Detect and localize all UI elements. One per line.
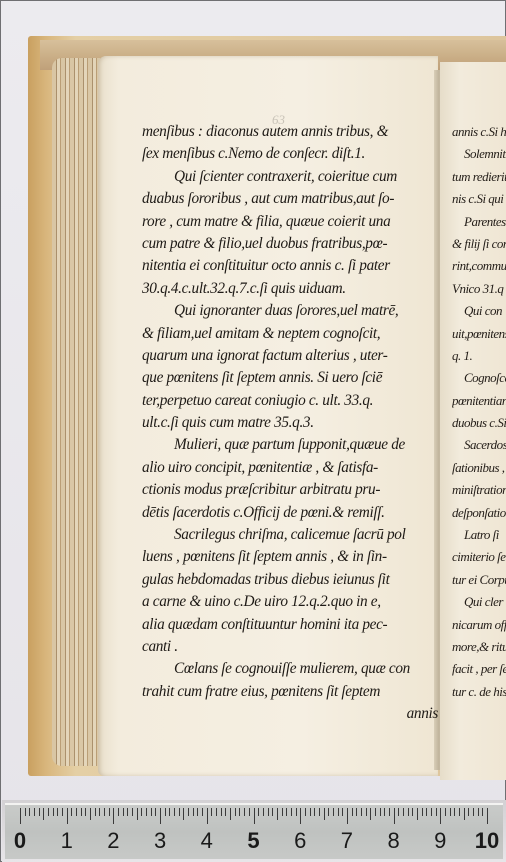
- text-line: Qui ſcienter contraxerit, coieritue cum: [142, 166, 438, 188]
- text-line: dētis ſacerdotis c.Officij de pœni.& rem…: [142, 502, 438, 524]
- text-line: luens , pœnitens ſit ſeptem annis , & in…: [142, 546, 438, 568]
- ruler-tick: [487, 808, 488, 824]
- ruler-tick: [417, 808, 418, 820]
- ruler-tick: [375, 808, 376, 816]
- text-line: nitentia ei conſtituitur octo annis c. ſ…: [142, 255, 438, 277]
- ruler-label: 5: [247, 828, 259, 854]
- text-line: annis c.Si hom: [452, 121, 506, 143]
- text-line: facit , per ſe: [452, 658, 506, 680]
- ruler-tick: [146, 808, 147, 816]
- text-line: tur c. de his: [452, 681, 506, 703]
- ruler-tick: [202, 808, 203, 816]
- ruler-label: 7: [341, 828, 353, 854]
- text-line: Cœlans ſe cognouiſſe mulierem, quæ con: [142, 658, 438, 680]
- text-line: ſex menſibus c.Nemo de conſecr. diſt.1.: [142, 143, 438, 165]
- ruler-tick: [394, 808, 395, 824]
- ruler-tick: [155, 808, 156, 816]
- text-line: que pœnitens ſit ſeptem annis. Si uero ſ…: [142, 367, 438, 389]
- ruler-tick: [347, 808, 348, 824]
- ruler-tick: [216, 808, 217, 816]
- centimeter-ruler: 012345678910: [5, 803, 503, 859]
- ruler-tick: [342, 808, 343, 816]
- ruler-tick: [403, 808, 404, 816]
- ruler-label: 0: [14, 828, 26, 854]
- ruler-tick: [254, 808, 255, 824]
- ruler-tick: [384, 808, 385, 816]
- text-line: nicarum offi: [452, 614, 506, 636]
- ruler-tick: [197, 808, 198, 816]
- ruler-tick: [328, 808, 329, 816]
- ruler-tick: [118, 808, 119, 816]
- ruler-tick: [137, 808, 138, 820]
- ruler-tick: [286, 808, 287, 816]
- ruler-label: 6: [294, 828, 306, 854]
- ruler-tick: [76, 808, 77, 816]
- ruler-tick: [412, 808, 413, 816]
- ruler-tick: [436, 808, 437, 816]
- text-line: quarum una ignorat factum alterius , ute…: [142, 345, 438, 367]
- ruler-tick: [314, 808, 315, 816]
- ruler-tick: [459, 808, 460, 816]
- ruler-tick: [221, 808, 222, 816]
- text-line: Qui ignoranter duas ſorores,uel matrē,: [142, 300, 438, 322]
- text-line: q. 1.: [452, 345, 506, 367]
- text-line: Sacerdos.: [452, 434, 506, 456]
- ruler-tick: [310, 808, 311, 816]
- text-line: Sacrilegus chriſma, calicemue ſacrū pol: [142, 524, 438, 546]
- text-line: & filiam,uel amitam & neptem cognoſcit,: [142, 323, 438, 345]
- ruler-tick: [90, 808, 91, 820]
- ruler-tick: [20, 808, 21, 824]
- text-line: Mulieri, quæ partum ſupponit,quæue de: [142, 434, 438, 456]
- ruler-tick: [263, 808, 264, 816]
- ruler-tick: [132, 808, 133, 816]
- ruler-tick: [25, 808, 26, 816]
- ruler-tick: [408, 808, 409, 816]
- ruler-tick: [333, 808, 334, 816]
- ruler-tick: [95, 808, 96, 816]
- ruler-tick: [169, 808, 170, 816]
- ruler-tick: [249, 808, 250, 816]
- text-line: menſibus : diaconus autem annis tribus, …: [142, 121, 438, 143]
- text-line: gulas hebdomadas tribus diebus ieiunus ſ…: [142, 569, 438, 591]
- ruler-tick: [57, 808, 58, 816]
- ruler-tick: [431, 808, 432, 816]
- ruler-tick: [53, 808, 54, 816]
- ruler-tick: [272, 808, 273, 816]
- ruler-tick: [29, 808, 30, 816]
- right-page-text-fragment: annis c.Si homSolemnittum redieritnis c.…: [452, 121, 506, 703]
- text-line: uit,pœnitens: [452, 323, 506, 345]
- ruler-tick: [165, 808, 166, 816]
- ruler-label: 2: [107, 828, 119, 854]
- ruler-label: 4: [201, 828, 213, 854]
- text-line: tur ei Corpu: [452, 569, 506, 591]
- ruler-tick: [426, 808, 427, 816]
- ruler-label: 8: [387, 828, 399, 854]
- ruler-tick: [361, 808, 362, 816]
- ruler-tick: [454, 808, 455, 816]
- ruler-tick: [277, 808, 278, 820]
- text-line: Parentes.: [452, 211, 506, 233]
- text-line: Cognoſce: [452, 367, 506, 389]
- ruler-tick: [291, 808, 292, 816]
- text-line: alio uiro concipit, pœnitentiæ , & ſatis…: [142, 457, 438, 479]
- text-line: a carne & uino c.De uiro 12.q.2.quo in e…: [142, 591, 438, 613]
- ruler-tick: [67, 808, 68, 824]
- ruler-tick: [440, 808, 441, 824]
- ruler-tick: [99, 808, 100, 816]
- text-line: Latro ſi: [452, 524, 506, 546]
- left-page-text: menſibus : diaconus autem annis tribus, …: [142, 121, 438, 726]
- text-line: cum patre & filio,uel duobus fratribus,p…: [142, 233, 438, 255]
- ruler-tick: [48, 808, 49, 816]
- page-edges-stack: [52, 58, 100, 766]
- ruler-tick: [268, 808, 269, 816]
- ruler-tick: [113, 808, 114, 824]
- text-line: trahit cum fratre eius, pœnitens ſit ſep…: [142, 681, 438, 703]
- ruler-tick: [141, 808, 142, 816]
- ruler-tick: [324, 808, 325, 820]
- ruler-tick: [183, 808, 184, 820]
- ruler-tick: [123, 808, 124, 816]
- ruler-tick: [319, 808, 320, 816]
- ruler-tick: [478, 808, 479, 816]
- ruler-tick: [85, 808, 86, 816]
- ruler-tick: [305, 808, 306, 816]
- ruler-tick: [282, 808, 283, 816]
- ruler-tick: [244, 808, 245, 816]
- ruler-tick: [160, 808, 161, 824]
- ruler-tick: [356, 808, 357, 816]
- ruler-tick: [81, 808, 82, 816]
- ruler-tick: [174, 808, 175, 816]
- text-line: miniſtration: [452, 479, 506, 501]
- text-line: & filij ſi con: [452, 233, 506, 255]
- text-line: ult.c.ſi quis cum matre 35.q.3.: [142, 412, 438, 434]
- ruler-tick: [300, 808, 301, 824]
- ruler-tick: [34, 808, 35, 816]
- text-line: deſponſation: [452, 502, 506, 524]
- text-line: pœnitentian: [452, 390, 506, 412]
- ruler-tick: [43, 808, 44, 820]
- ruler-tick: [235, 808, 236, 816]
- text-line: tum redierit: [452, 166, 506, 188]
- text-line: cimiterio ſe: [452, 546, 506, 568]
- text-line: nis c.Si qui u: [452, 188, 506, 210]
- ruler-label: 1: [61, 828, 73, 854]
- text-line: 30.q.4.c.ult.32.q.7.c.ſi quis uiduam.: [142, 278, 438, 300]
- ruler-tick: [380, 808, 381, 816]
- text-line: duabus ſororibus , aut cum matribus,aut …: [142, 188, 438, 210]
- ruler-tick: [225, 808, 226, 816]
- ruler-tick: [109, 808, 110, 816]
- ruler-tick: [211, 808, 212, 816]
- text-line: Solemnit: [452, 143, 506, 165]
- ruler-tick: [445, 808, 446, 816]
- ruler-tick: [258, 808, 259, 816]
- text-line: annis: [142, 703, 438, 725]
- ruler-tick: [422, 808, 423, 816]
- ruler-label: 9: [434, 828, 446, 854]
- text-line: rore , cum matre & filia, quæue coierit …: [142, 211, 438, 233]
- text-line: Qui con: [452, 300, 506, 322]
- ruler-tick: [39, 808, 40, 816]
- ruler-tick: [482, 808, 483, 816]
- ruler-tick: [207, 808, 208, 824]
- ruler-tick: [71, 808, 72, 816]
- text-line: more,& ritu: [452, 636, 506, 658]
- ruler-tick: [450, 808, 451, 816]
- ruler-tick: [239, 808, 240, 816]
- text-line: canti .: [142, 636, 438, 658]
- ruler-tick: [188, 808, 189, 816]
- text-line: duobus c.Si: [452, 412, 506, 434]
- text-line: rint,commun: [452, 255, 506, 277]
- text-line: ctionis modus præſcribitur arbitratu pru…: [142, 479, 438, 501]
- ruler-label: 10: [475, 828, 499, 854]
- ruler-tick: [370, 808, 371, 820]
- ruler-tick: [398, 808, 399, 816]
- text-line: Vnico 31.q: [452, 278, 506, 300]
- ruler-tick: [464, 808, 465, 820]
- text-line: ſationibus ,: [452, 457, 506, 479]
- text-line: Qui cler: [452, 591, 506, 613]
- ruler-tick: [193, 808, 194, 816]
- text-line: alia quædam conſtituuntur homini ita pec…: [142, 614, 438, 636]
- ruler-tick: [366, 808, 367, 816]
- ruler-tick: [468, 808, 469, 816]
- ruler-tick: [179, 808, 180, 816]
- ruler-tick: [352, 808, 353, 816]
- ruler-tick: [62, 808, 63, 816]
- ruler-tick: [104, 808, 105, 816]
- ruler-tick: [230, 808, 231, 820]
- ruler-tick: [127, 808, 128, 816]
- ruler-tick: [296, 808, 297, 816]
- ruler-tick: [389, 808, 390, 816]
- ruler-tick: [338, 808, 339, 816]
- text-line: ter,perpetuo careat coniugio c. ult. 33.…: [142, 390, 438, 412]
- ruler-tick: [473, 808, 474, 816]
- ruler-tick: [151, 808, 152, 816]
- ruler-label: 3: [154, 828, 166, 854]
